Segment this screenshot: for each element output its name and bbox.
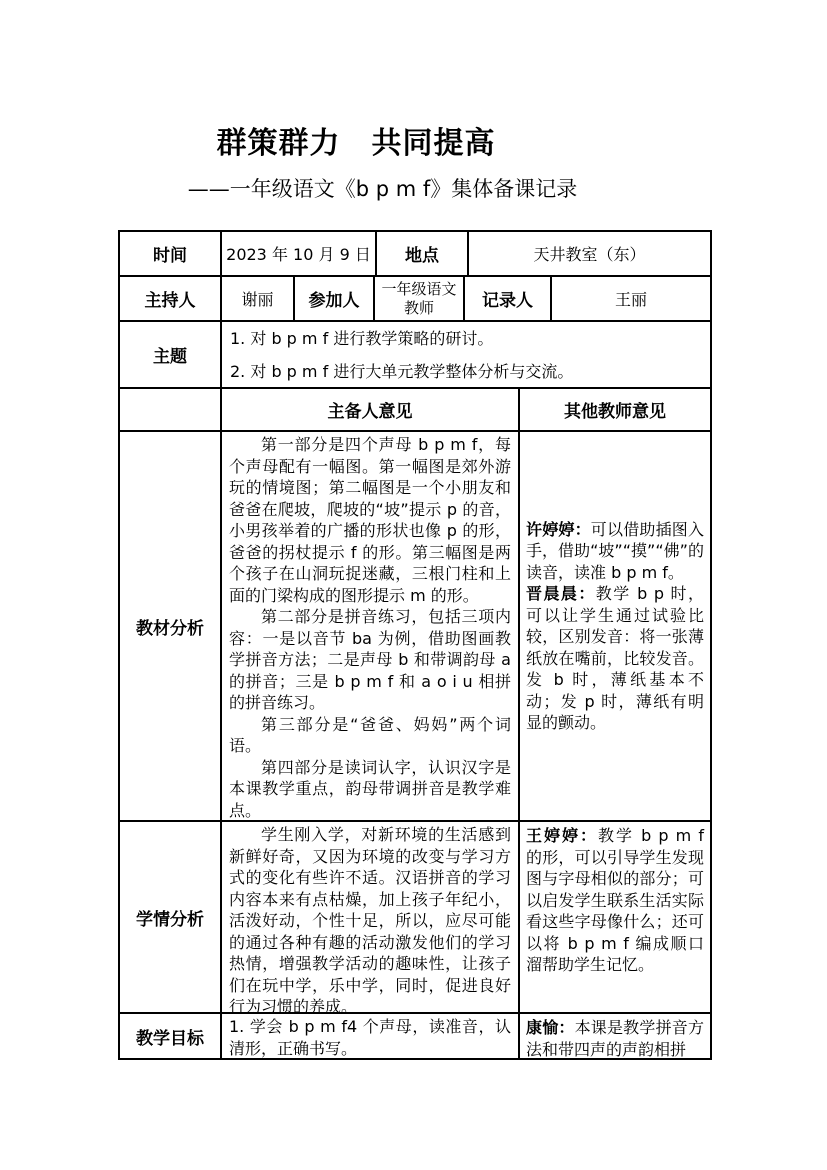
row-teaching-goals: 教学目标 1. 学会 b p m f4 个声母，读准音，认清形，正确书写。 康愉…: [120, 1012, 710, 1058]
teacher-comment: 许婷婷：可以借助插图入手，借助“坡”“摸”“佛”的读音，读准 b p m f。: [526, 519, 704, 584]
teacher-comment-text: 教学 b p m f 的形，可以引导学生发现图与字母相似的部分；可以启发学生联系…: [526, 826, 704, 974]
page-subtitle: ——一年级语文《b p m f》集体备课记录: [0, 173, 765, 203]
recorder-value: 王丽: [550, 277, 710, 320]
participants-label: 参加人: [293, 277, 373, 320]
material-analysis-paragraph: 第三部分是“爸爸、妈妈”两个词语。: [229, 714, 511, 757]
topic-label: 主题: [120, 322, 220, 387]
opinion-header-spacer: [120, 389, 220, 430]
material-analysis-paragraph: 第二部分是拼音练习，包括三项内容：一是以音节 ba 为例，借助图画教学拼音方法；…: [229, 606, 511, 714]
other-teachers-opinion-header: 其他教师意见: [518, 389, 710, 430]
learner-analysis-label: 学情分析: [120, 822, 220, 1012]
recorder-label: 记录人: [463, 277, 550, 320]
material-analysis-text: 第一部分是四个声母 b p m f，每个声母配有一幅图。第一幅图是郊外游玩的情境…: [220, 432, 518, 820]
row-time-place: 时间 2023 年 10 月 9 日 地点 天井教室（东）: [120, 232, 710, 275]
participants-value: 一年级语文教师: [373, 277, 463, 320]
teacher-name: 康愉：: [526, 1018, 575, 1037]
material-analysis-label: 教材分析: [120, 432, 220, 820]
time-label: 时间: [120, 232, 220, 275]
teacher-name: 王婷婷：: [526, 826, 598, 845]
learner-analysis-comments: 王婷婷：教学 b p m f 的形，可以引导学生发现图与字母相似的部分；可以启发…: [518, 822, 710, 1012]
document-page: 群策群力 共同提高 ——一年级语文《b p m f》集体备课记录 时间 2023…: [0, 0, 827, 1170]
teacher-comment: 康愉：本课是教学拼音方法和带四声的声韵相拼: [526, 1017, 704, 1058]
teacher-comment: 晋晨晨：教学 b p 时，可以让学生通过试验比较，区别发音：将一张薄纸放在嘴前，…: [526, 583, 704, 734]
learner-analysis-paragraph: 学生刚入学，对新环境的生活感到新鲜好奇，又因为环境的改变与学习方式的变化有些许不…: [229, 824, 511, 1012]
page-title: 群策群力 共同提高: [0, 118, 712, 162]
meeting-record-table: 时间 2023 年 10 月 9 日 地点 天井教室（东） 主持人 谢丽 参加人…: [118, 230, 712, 1060]
place-value: 天井教室（东）: [467, 232, 710, 275]
topic-item: 1. 对 b p m f 进行教学策略的研讨。: [230, 328, 702, 350]
material-analysis-paragraph: 第四部分是读词认字，认识汉字是本课教学重点，韵母带调拼音是教学难点。: [229, 757, 511, 821]
host-value: 谢丽: [220, 277, 293, 320]
row-learner-analysis: 学情分析 学生刚入学，对新环境的生活感到新鲜好奇，又因为环境的改变与学习方式的变…: [120, 820, 710, 1012]
topic-item: 2. 对 b p m f 进行大单元教学整体分析与交流。: [230, 361, 702, 383]
learner-analysis-text: 学生刚入学，对新环境的生活感到新鲜好奇，又因为环境的改变与学习方式的变化有些许不…: [220, 822, 518, 1012]
teaching-goals-comments: 康愉：本课是教学拼音方法和带四声的声韵相拼: [518, 1014, 710, 1058]
teacher-comment: 王婷婷：教学 b p m f 的形，可以引导学生发现图与字母相似的部分；可以启发…: [526, 825, 704, 976]
main-preparer-opinion-header: 主备人意见: [220, 389, 518, 430]
material-analysis-paragraph: 第一部分是四个声母 b p m f，每个声母配有一幅图。第一幅图是郊外游玩的情境…: [229, 434, 511, 606]
teaching-goals-label: 教学目标: [120, 1014, 220, 1058]
row-opinion-header: 主备人意见 其他教师意见: [120, 387, 710, 430]
place-label: 地点: [375, 232, 467, 275]
teaching-goals-text: 1. 学会 b p m f4 个声母，读准音，认清形，正确书写。: [220, 1014, 518, 1058]
row-topic: 主题 1. 对 b p m f 进行教学策略的研讨。 2. 对 b p m f …: [120, 320, 710, 387]
material-analysis-comments: 许婷婷：可以借助插图入手，借助“坡”“摸”“佛”的读音，读准 b p m f。 …: [518, 432, 710, 820]
topic-content: 1. 对 b p m f 进行教学策略的研讨。 2. 对 b p m f 进行大…: [220, 322, 710, 387]
row-material-analysis: 教材分析 第一部分是四个声母 b p m f，每个声母配有一幅图。第一幅图是郊外…: [120, 430, 710, 820]
teacher-comment-text: 教学 b p 时，可以让学生通过试验比较，区别发音：将一张薄纸放在嘴前，比较发音…: [526, 584, 704, 732]
row-people: 主持人 谢丽 参加人 一年级语文教师 记录人 王丽: [120, 275, 710, 320]
host-label: 主持人: [120, 277, 220, 320]
teaching-goal-item: 1. 学会 b p m f4 个声母，读准音，认清形，正确书写。: [229, 1016, 511, 1058]
teacher-name: 许婷婷：: [526, 520, 591, 539]
time-value: 2023 年 10 月 9 日: [220, 232, 375, 275]
teacher-name: 晋晨晨：: [526, 584, 596, 603]
